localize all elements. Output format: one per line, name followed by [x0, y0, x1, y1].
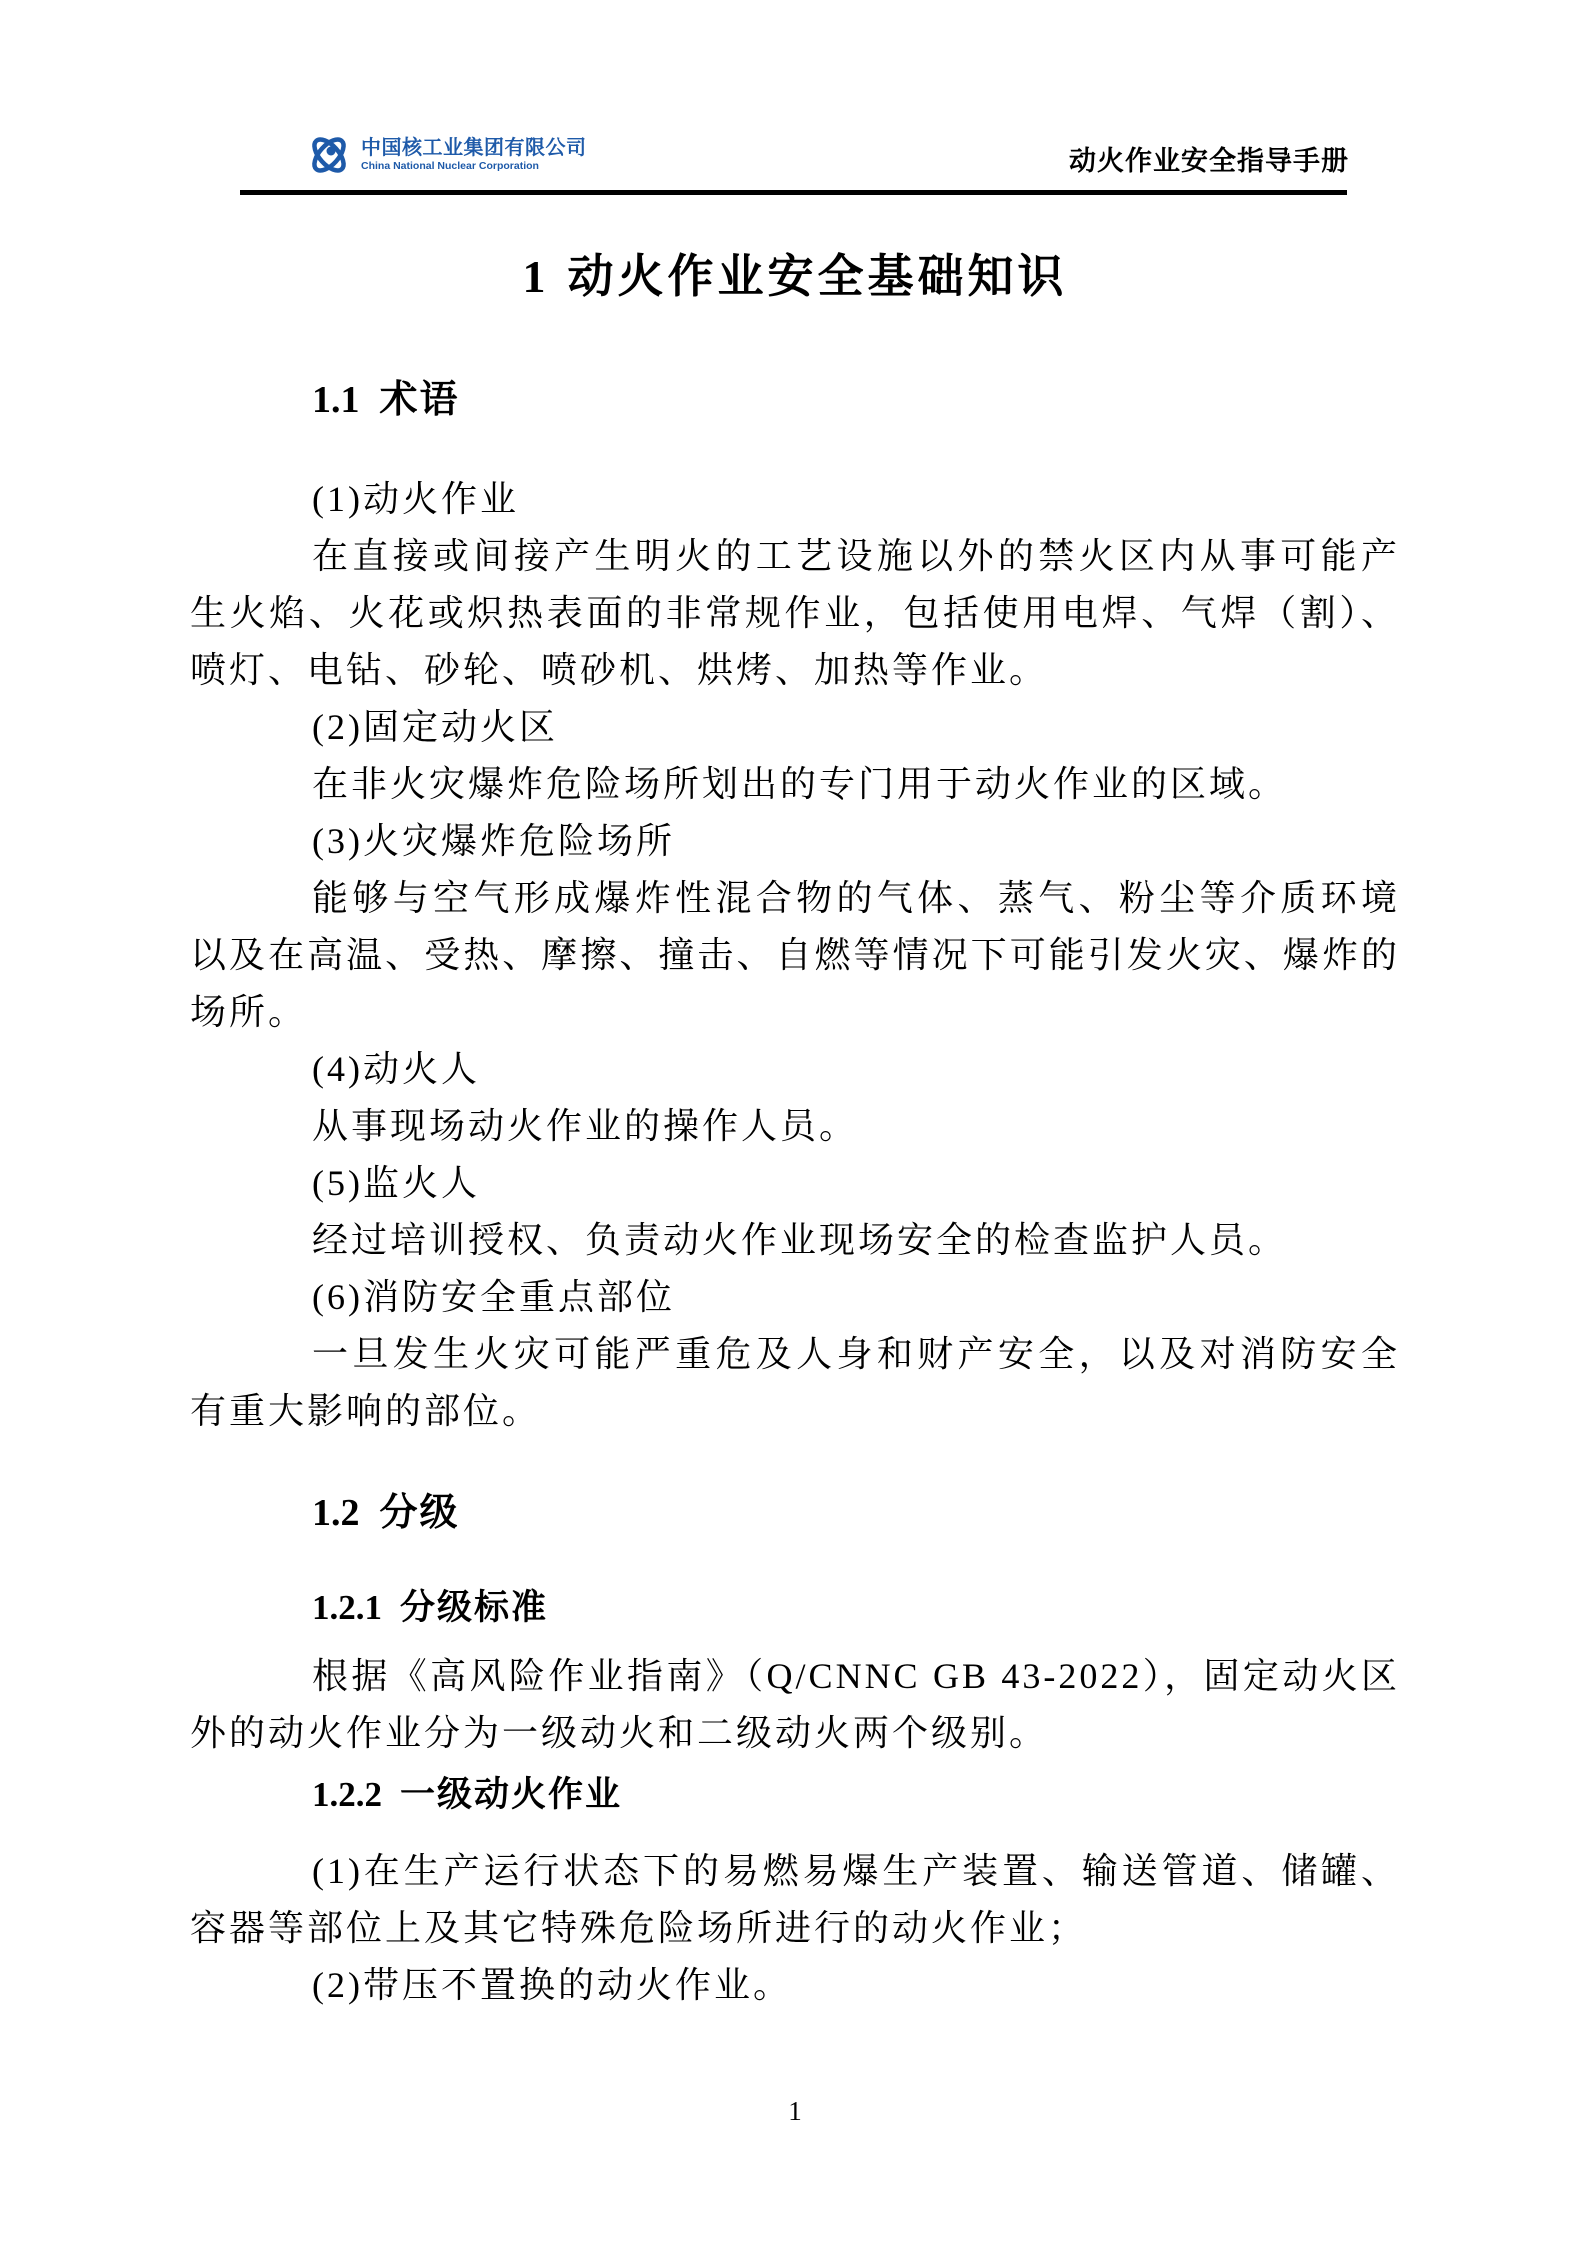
page-title-number: 1	[523, 251, 546, 302]
subsection-heading-1-2-1: 1.2.1分级标准	[190, 1585, 1400, 1631]
page-header: 中国核工业集团有限公司 China National Nuclear Corpo…	[240, 0, 1349, 180]
term-line: (6)消防安全重点部位	[190, 1269, 1400, 1326]
definition-paragraph: 从事现场动火作业的操作人员。	[190, 1098, 1400, 1155]
term-line: (5)监火人	[190, 1155, 1400, 1212]
page-footer: 1	[190, 2096, 1400, 2126]
body-paragraph: (2)带压不置换的动火作业。	[190, 1957, 1400, 2014]
page-title: 1动火作业安全基础知识	[190, 251, 1400, 303]
subsection-number: 1.2.1	[312, 1588, 382, 1627]
definition-paragraph: 经过培训授权、负责动火作业现场安全的检查监护人员。	[190, 1212, 1400, 1269]
document-page: 中国核工业集团有限公司 China National Nuclear Corpo…	[0, 0, 1587, 2245]
body-paragraph: 根据《高风险作业指南》（Q/CNNC GB 43-2022），固定动火区外的动火…	[190, 1648, 1400, 1762]
section-number: 1.2	[312, 1492, 360, 1534]
subsection-number: 1.2.2	[312, 1775, 382, 1814]
header-rule	[240, 190, 1347, 195]
page-title-text: 动火作业安全基础知识	[568, 251, 1068, 302]
definition-paragraph: 能够与空气形成爆炸性混合物的气体、蒸气、粉尘等介质环境以及在高温、受热、摩擦、撞…	[190, 870, 1400, 1041]
definition-paragraph: 在直接或间接产生明火的工艺设施以外的禁火区内从事可能产生火焰、火花或炽热表面的非…	[190, 528, 1400, 699]
page-number: 1	[788, 2096, 802, 2126]
section-heading-1-2: 1.2分级	[190, 1490, 1400, 1536]
logo-company-name-en: China National Nuclear Corporation	[361, 161, 587, 172]
logo-company-name-zh: 中国核工业集团有限公司	[361, 138, 587, 159]
page-content: 1动火作业安全基础知识 1.1术语 (1)动火作业 在直接或间接产生明火的工艺设…	[190, 251, 1400, 2014]
section-number: 1.1	[312, 379, 360, 421]
section-label: 分级	[380, 1492, 460, 1534]
subsection-heading-1-2-2: 1.2.2一级动火作业	[190, 1772, 1400, 1818]
term-line: (2)固定动火区	[190, 699, 1400, 756]
definition-paragraph: 一旦发生火灾可能严重危及人身和财产安全，以及对消防安全有重大影响的部位。	[190, 1326, 1400, 1440]
subsection-label: 一级动火作业	[400, 1775, 622, 1814]
subsection-label: 分级标准	[400, 1588, 548, 1627]
section-heading-1-1: 1.1术语	[190, 377, 1400, 423]
header-document-title: 动火作业安全指导手册	[1069, 139, 1349, 180]
cnnc-logo: 中国核工业集团有限公司 China National Nuclear Corpo…	[306, 130, 587, 180]
body-paragraph: (1)在生产运行状态下的易燃易爆生产装置、输送管道、储罐、容器等部位上及其它特殊…	[190, 1843, 1400, 1957]
term-line: (3)火灾爆炸危险场所	[190, 813, 1400, 870]
atom-orbit-icon	[306, 130, 352, 180]
definition-paragraph: 在非火灾爆炸危险场所划出的专门用于动火作业的区域。	[190, 756, 1400, 813]
section-label: 术语	[380, 379, 460, 421]
term-line: (1)动火作业	[190, 471, 1400, 528]
term-line: (4)动火人	[190, 1041, 1400, 1098]
logo-text: 中国核工业集团有限公司 China National Nuclear Corpo…	[361, 138, 587, 172]
